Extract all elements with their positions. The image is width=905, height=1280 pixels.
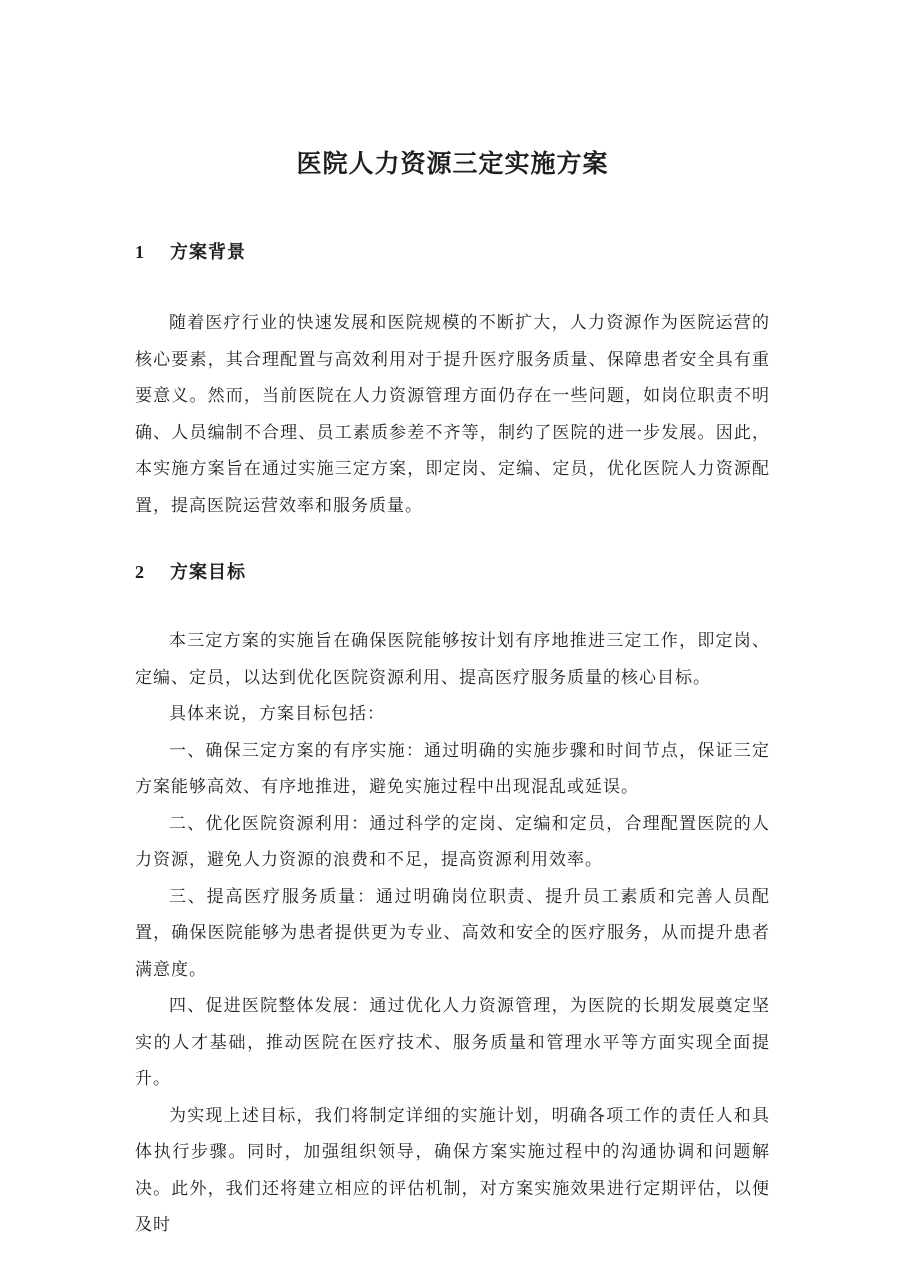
section-1-number: 1: [135, 240, 170, 264]
paragraph-implementation: 为实现上述目标，我们将制定详细的实施计划，明确各项工作的责任人和具体执行步骤。同…: [135, 1098, 770, 1244]
paragraph-goals-intro: 本三定方案的实施旨在确保医院能够按计划有序地推进三定工作，即定岗、定编、定员，以…: [135, 623, 770, 696]
paragraph-goal-2: 二、优化医院资源利用：通过科学的定岗、定编和定员，合理配置医院的人力资源，避免人…: [135, 806, 770, 879]
document-title: 医院人力资源三定实施方案: [135, 148, 770, 182]
section-1-title: 方案背景: [170, 242, 246, 262]
paragraph-background: 随着医疗行业的快速发展和医院规模的不断扩大，人力资源作为医院运营的核心要素，其合…: [135, 305, 770, 524]
paragraph-goal-1: 一、确保三定方案的有序实施：通过明确的实施步骤和时间节点，保证三定方案能够高效、…: [135, 733, 770, 806]
section-heading-1: 1方案背景: [135, 240, 770, 264]
section-1-body: 随着医疗行业的快速发展和医院规模的不断扩大，人力资源作为医院运营的核心要素，其合…: [135, 305, 770, 524]
section-heading-2: 2方案目标: [135, 560, 770, 584]
paragraph-goals-lead-in: 具体来说，方案目标包括：: [135, 696, 770, 733]
section-2-number: 2: [135, 560, 170, 584]
section-2-title: 方案目标: [170, 562, 246, 582]
paragraph-goal-4: 四、促进医院整体发展：通过优化人力资源管理，为医院的长期发展奠定坚实的人才基础，…: [135, 988, 770, 1098]
paragraph-goal-3: 三、提高医疗服务质量：通过明确岗位职责、提升员工素质和完善人员配置，确保医院能够…: [135, 879, 770, 989]
section-2-body: 本三定方案的实施旨在确保医院能够按计划有序地推进三定工作，即定岗、定编、定员，以…: [135, 623, 770, 1244]
document-page: 医院人力资源三定实施方案 1方案背景 随着医疗行业的快速发展和医院规模的不断扩大…: [0, 0, 905, 1280]
